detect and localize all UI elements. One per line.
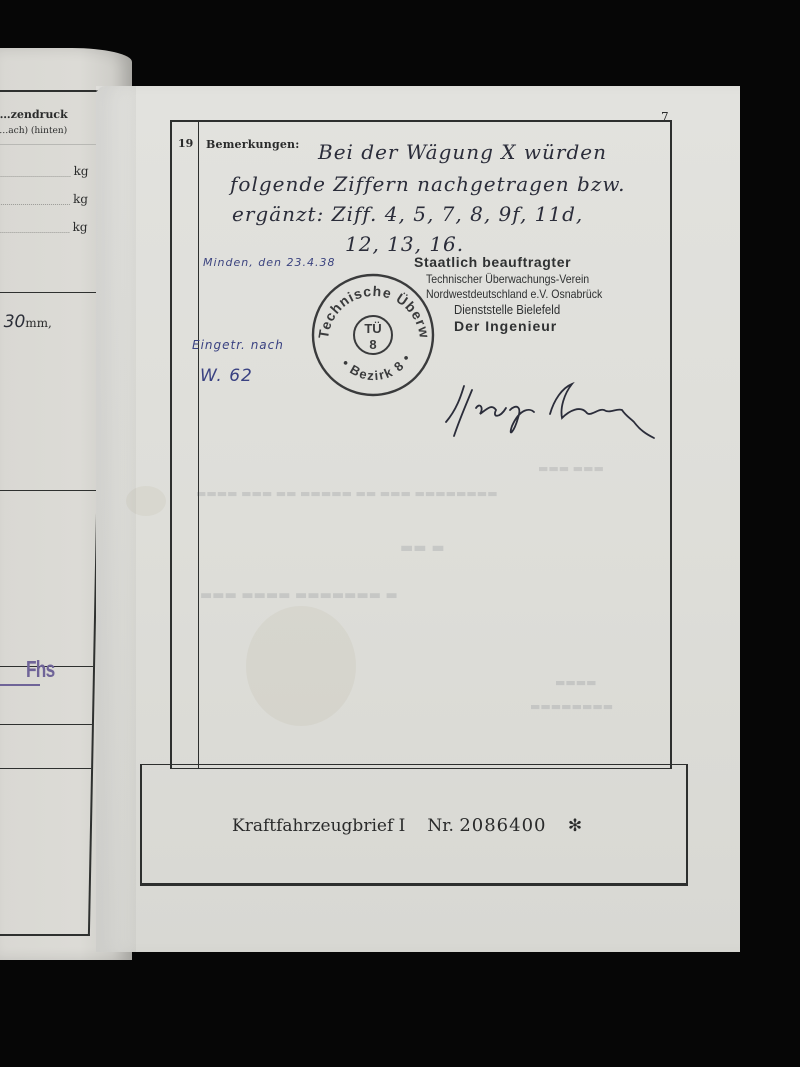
asterisk-mark-icon: ✻	[568, 816, 582, 836]
stamp-line-4: Dienststelle Bielefeld	[454, 302, 606, 318]
footer-section: Kraftfahrzeugbrief INr. 2086400 ✻	[140, 764, 688, 886]
left-divider	[0, 292, 100, 293]
fhs-stamp: Fhs	[26, 656, 54, 683]
left-header-line1: …zendruck	[0, 108, 68, 121]
handwritten-remark-line-4: 12, 13, 16.	[345, 232, 464, 256]
blue-note-line-1: Eingetr. nach	[192, 338, 284, 352]
left-divider	[0, 490, 96, 491]
left-divider	[0, 144, 103, 145]
handwritten-remark-line-2: folgende Ziffern nachgetragen bzw.	[230, 172, 625, 196]
left-page-form-frame: …zendruck …ach) (hinten) kg kg kg 30mm,	[0, 90, 106, 936]
footer-title-line: Kraftfahrzeugbrief INr. 2086400 ✻	[232, 815, 582, 836]
svg-text:• Bezirk 8 •: • Bezirk 8 •	[339, 351, 415, 384]
seal-center-line-1: TÜ	[364, 321, 381, 336]
stamp-line-2: Technischer Überwachungs-Verein	[426, 272, 602, 287]
stamp-line-3: Nordwestdeutschland e.V. Osnabrück	[426, 287, 602, 302]
weight-unit-3: kg	[72, 220, 87, 234]
blue-note-line-2: W. 62	[200, 366, 253, 386]
fhs-stamp-underline	[0, 684, 40, 686]
left-divider	[0, 724, 92, 725]
handwritten-remark-line-3: ergänzt: Ziff. 4, 5, 7, 8, 9f, 11d,	[232, 202, 583, 226]
stamp-line-1: Staatlich beauftragter	[414, 254, 626, 272]
measurement-value: 30	[3, 312, 25, 332]
remarks-label: Bemerkungen:	[206, 138, 300, 151]
stamp-line-5: Der Ingenieur	[454, 318, 626, 336]
page-fold-shadow	[96, 86, 136, 952]
official-stamp: Staatlich beauftragter Technischer Überw…	[414, 254, 626, 335]
seal-center-line-2: 8	[369, 337, 376, 352]
field-number: 19	[178, 137, 193, 150]
weight-dotted-line	[0, 232, 69, 233]
signature-icon: Dipl.-Ing. Sander	[440, 378, 660, 448]
document-number: 2086400	[459, 815, 546, 836]
signature-text: Dipl.-Ing. Sander	[560, 443, 569, 445]
left-divider	[0, 768, 91, 769]
place-date: Minden, den 23.4.38	[203, 256, 335, 269]
left-header-line2: …ach) (hinten)	[0, 126, 67, 136]
measurement-unit: mm,	[25, 316, 52, 330]
weight-dotted-line	[0, 204, 70, 205]
number-label: Nr.	[427, 816, 454, 836]
document-photo: …zendruck …ach) (hinten) kg kg kg 30mm, …	[0, 0, 800, 1067]
seal-outer-text-bottom: • Bezirk 8 •	[339, 351, 415, 384]
weight-unit-1: kg	[73, 164, 88, 178]
weight-unit-2: kg	[73, 192, 88, 206]
document-title: Kraftfahrzeugbrief I	[232, 816, 405, 836]
weight-dotted-line	[0, 176, 70, 177]
measurement-field: 30mm,	[3, 312, 52, 332]
handwritten-remark-line-1: Bei der Wägung X würden	[318, 140, 607, 164]
field-number-column: 19	[172, 122, 199, 768]
